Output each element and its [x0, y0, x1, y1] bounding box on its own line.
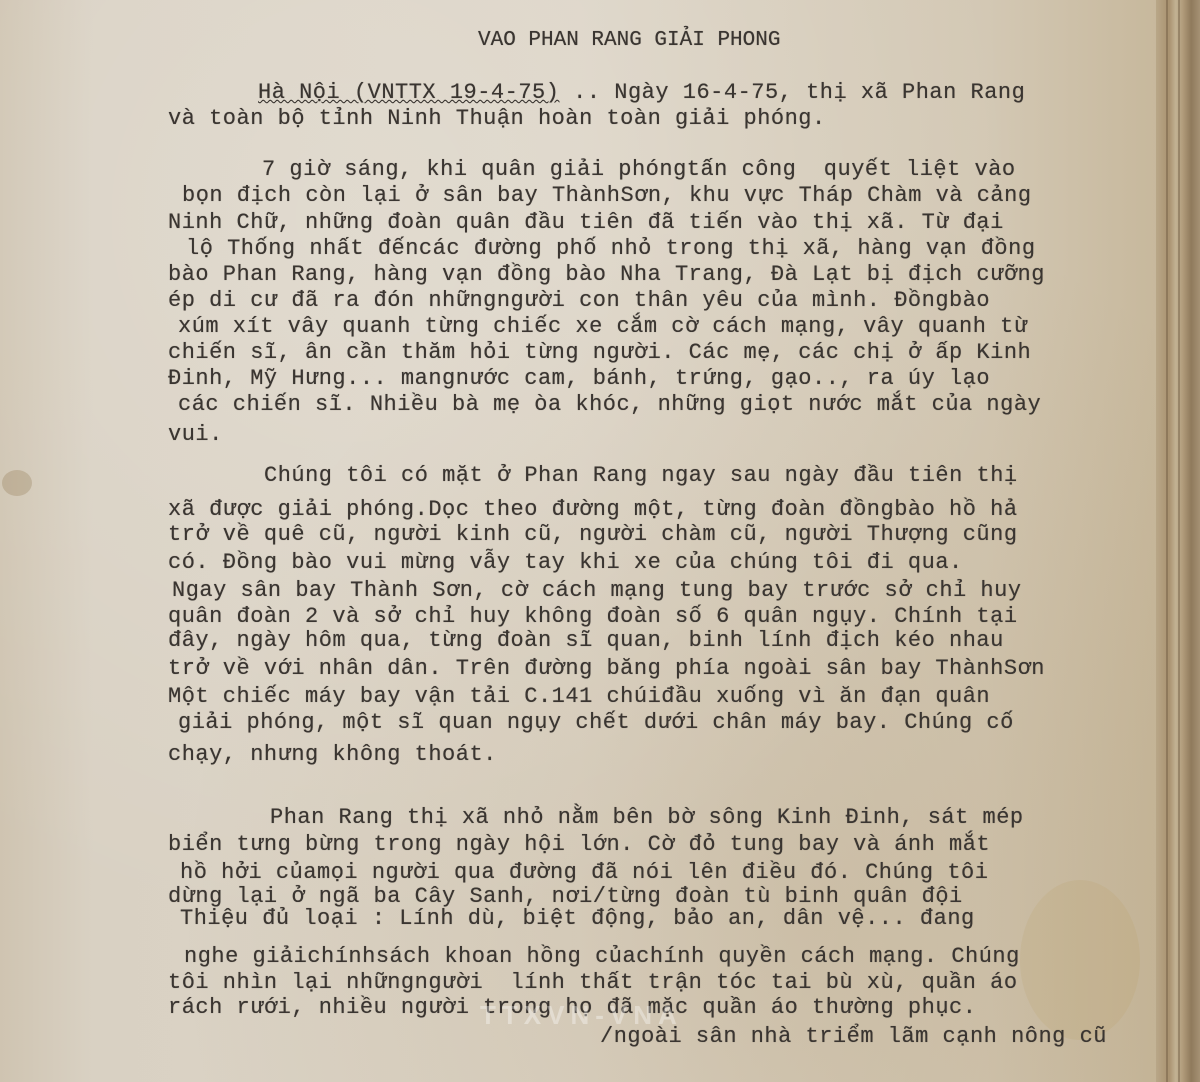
text-line: xúm xít vây quanh từng chiếc xe cắm cờ c…	[178, 314, 1028, 340]
lead-line: .. Ngày 16-4-75, thị xã Phan Rang	[559, 80, 1025, 105]
dateline: Hà Nội (VNTTX 19-4-75)	[258, 80, 559, 105]
text-line: 7 giờ sáng, khi quân giải phóngtấn công …	[262, 157, 1016, 183]
text-line: lộ Thống nhất đếncác đường phố nhỏ trong…	[186, 236, 1036, 262]
text-line: đây, ngày hôm qua, từng đoàn sĩ quan, bi…	[168, 628, 1004, 654]
text-line: xã được giải phóng.Dọc theo đường một, t…	[168, 497, 1018, 523]
text-line: ép di cư đã ra đón nhữngngười con thân y…	[168, 288, 990, 314]
text-line: biển tưng bừng trong ngày hội lớn. Cờ đỏ…	[168, 832, 990, 858]
page-edge-line	[1166, 0, 1168, 1082]
text-line: và toàn bộ tỉnh Ninh Thuận hoàn toàn giả…	[168, 106, 826, 132]
text-line: bọn địch còn lại ở sân bay ThànhSơn, khu…	[182, 183, 1032, 209]
text-line: Đinh, Mỹ Hưng... mangnước cam, bánh, trứ…	[168, 366, 990, 392]
text-line: Ninh Chữ, những đoàn quân đầu tiên đã ti…	[168, 210, 1004, 236]
text-line: bào Phan Rang, hàng vạn đồng bào Nha Tra…	[168, 262, 1045, 288]
text-line: nghe giảichínhsách khoan hồng củachính q…	[184, 944, 1020, 970]
text-line: Ngay sân bay Thành Sơn, cờ cách mạng tun…	[172, 578, 1022, 604]
text-line: giải phóng, một sĩ quan ngụy chết dưới c…	[178, 710, 1014, 736]
typed-text: VAO PHAN RANG GIẢI PHONG Hà Nội (VNTTX 1…	[0, 0, 1160, 1082]
page-edge	[1156, 0, 1200, 1082]
text-line: chạy, nhưng không thoát.	[168, 742, 497, 768]
dateline-row: Hà Nội (VNTTX 19-4-75) .. Ngày 16-4-75, …	[258, 80, 1025, 106]
text-line: Một chiếc máy bay vận tải C.141 chúiđầu …	[168, 684, 990, 710]
watermark: TTXVN-VNA	[480, 1000, 683, 1031]
text-line: trở về với nhân dân. Trên đường băng phí…	[168, 656, 1045, 682]
text-line: chiến sĩ, ân cần thăm hỏi từng người. Cá…	[168, 340, 1031, 366]
document-title: VAO PHAN RANG GIẢI PHONG	[478, 28, 780, 54]
text-line: quân đoàn 2 và sở chỉ huy không đoàn số …	[168, 604, 1018, 630]
text-line: trở về quê cũ, người kinh cũ, người chàm…	[168, 522, 1018, 548]
text-line: các chiến sĩ. Nhiều bà mẹ òa khóc, những…	[178, 392, 1041, 418]
text-line: vui.	[168, 422, 223, 448]
text-line: tôi nhìn lại nhữngngười lính thất trận t…	[168, 970, 1018, 996]
text-line: có. Đồng bào vui mừng vẫy tay khi xe của…	[168, 550, 963, 576]
text-line: Chúng tôi có mặt ở Phan Rang ngay sau ng…	[264, 463, 1018, 489]
text-line: hồ hởi củamọi người qua đường đã nói lên…	[180, 860, 988, 886]
text-line: Phan Rang thị xã nhỏ nằm bên bờ sông Kin…	[270, 805, 1024, 831]
text-line: Thiệu đủ loại : Lính dù, biệt động, bảo …	[180, 906, 975, 932]
page-edge-line	[1178, 0, 1180, 1082]
